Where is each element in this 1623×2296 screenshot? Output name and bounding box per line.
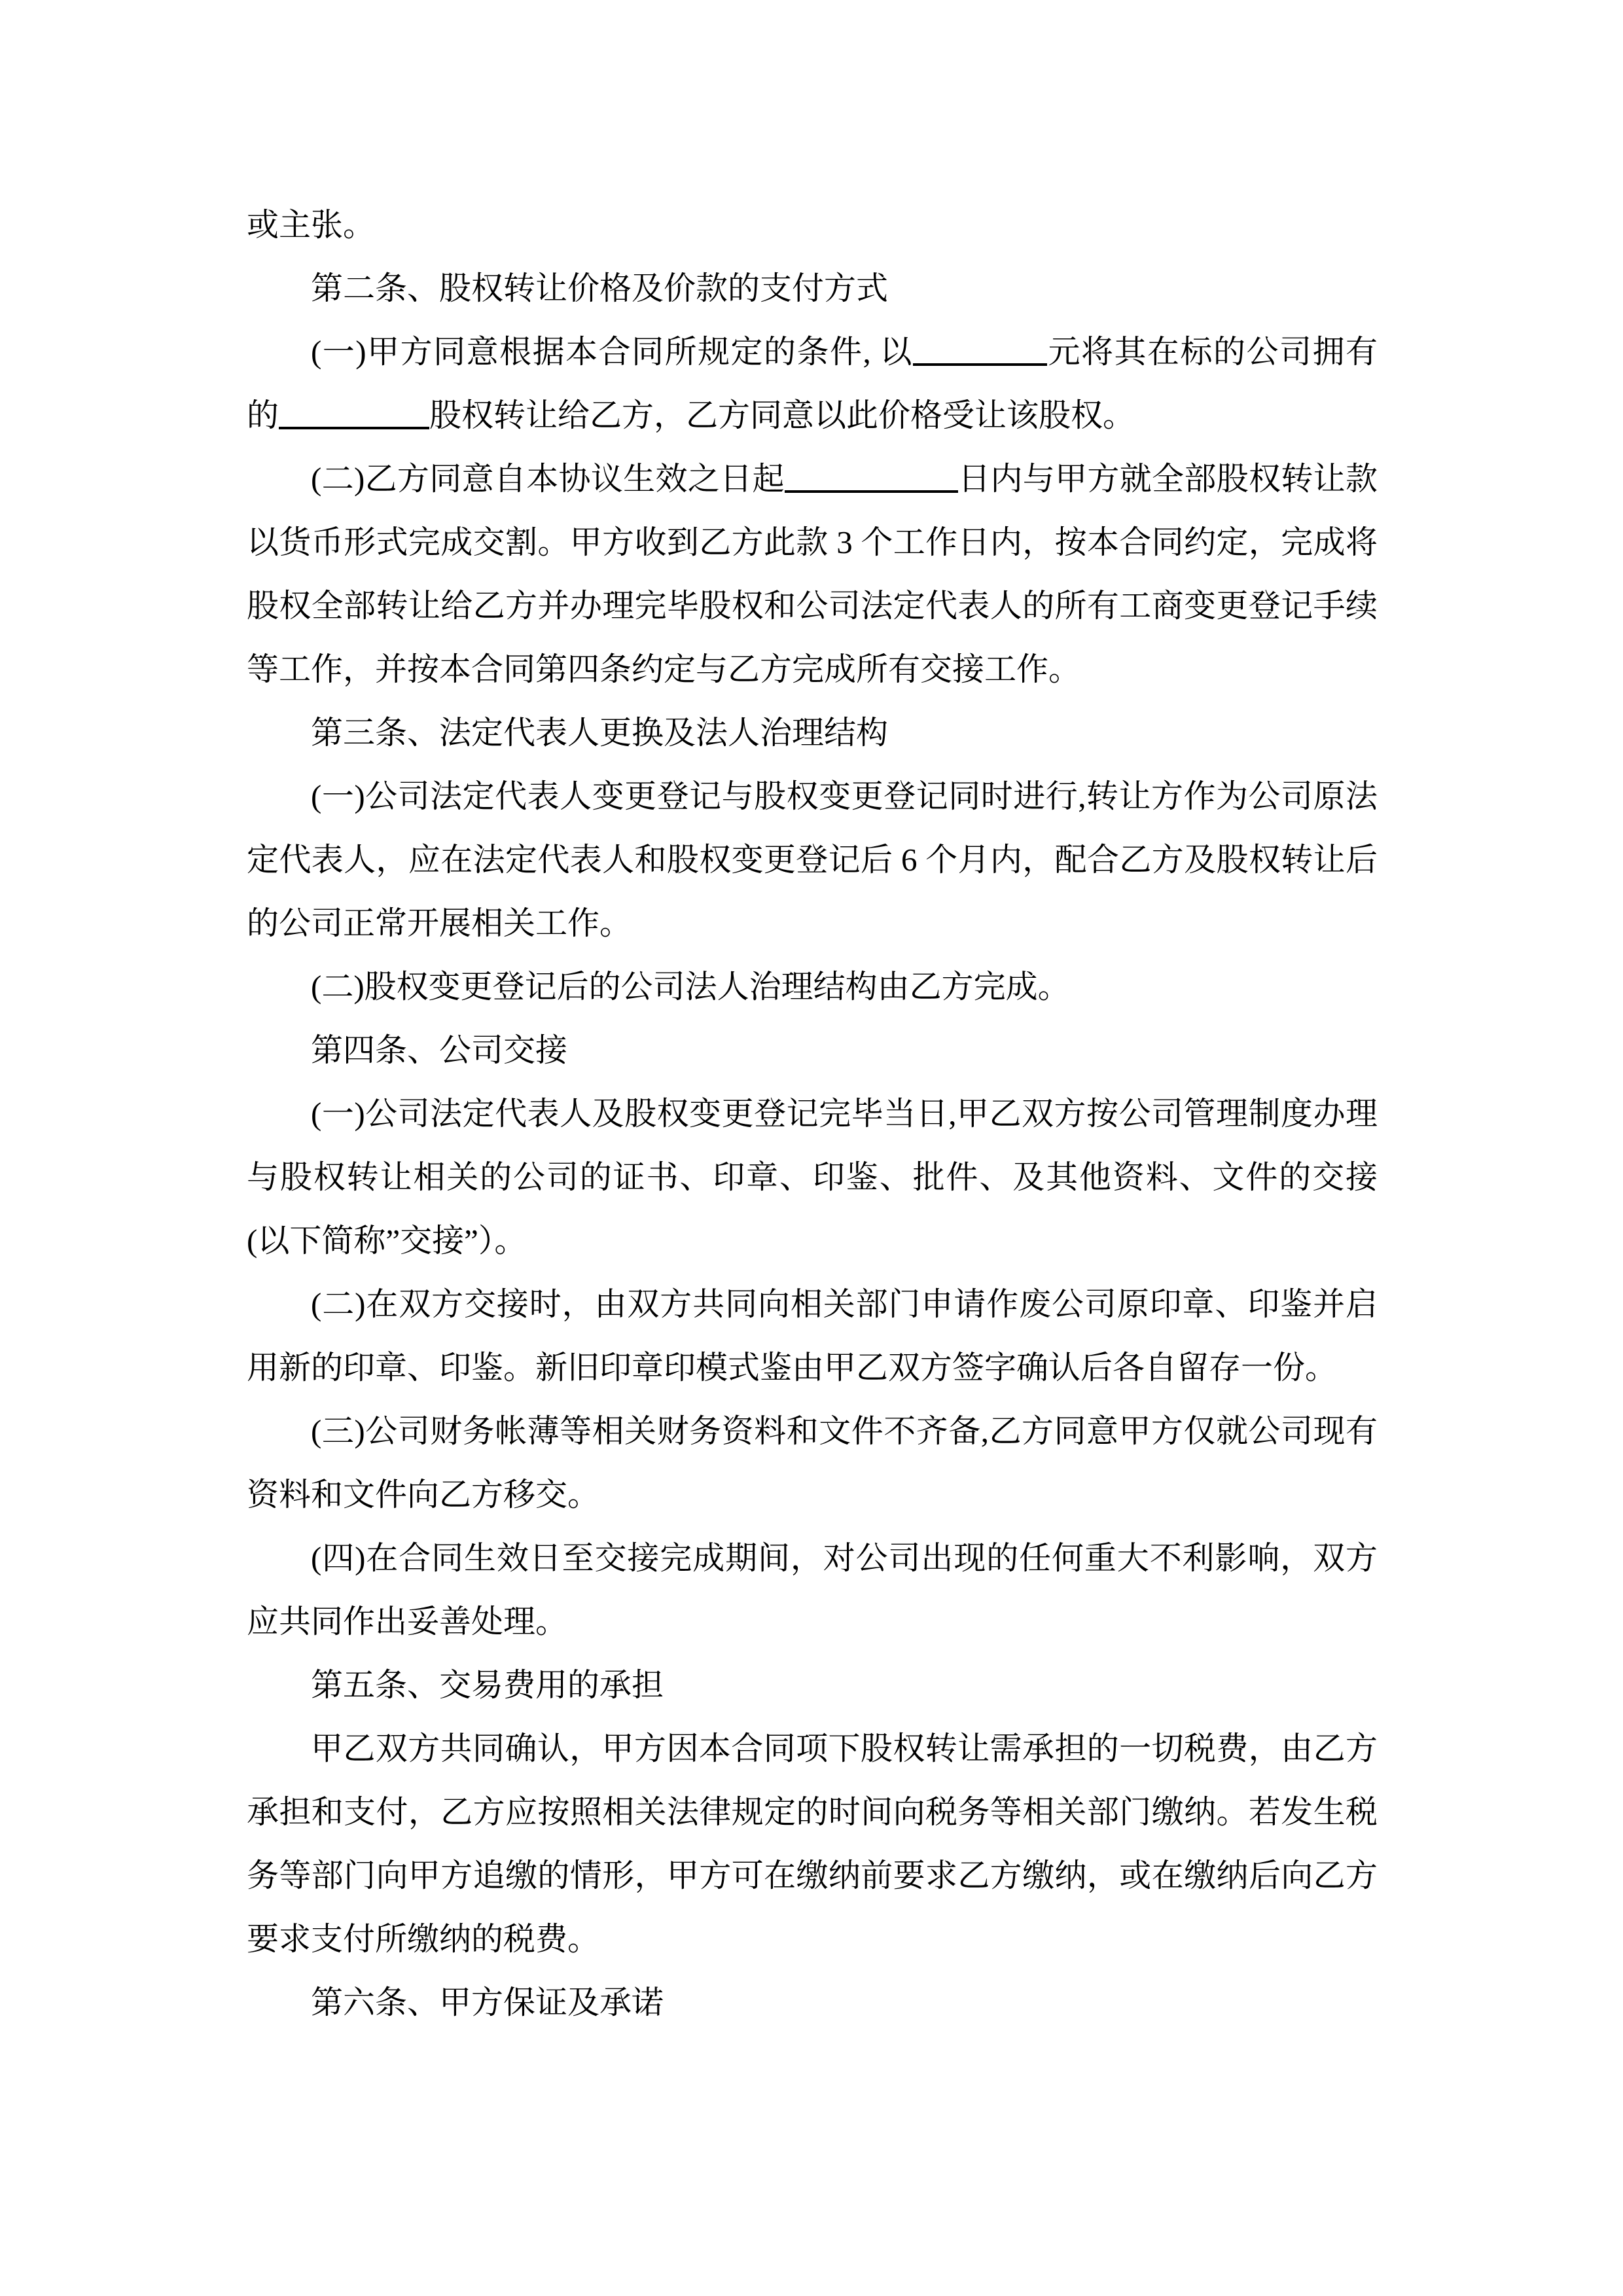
contract-page: 或主张。第二条、股权转让价格及价款的支付方式(一)甲方同意根据本合同所规定的条件… — [0, 0, 1623, 2296]
fill-in-blank — [785, 458, 958, 493]
paragraph: (三)公司财务帐薄等相关财务资料和文件不齐备,乙方同意甲方仅就公司现有资料和文件… — [247, 1399, 1378, 1526]
paragraph: (二)股权变更登记后的公司法人治理结构由乙方完成。 — [247, 955, 1378, 1018]
text-run: 第六条、甲方保证及承诺 — [311, 1984, 664, 2020]
text-run: (二)乙方同意自本协议生效之日起 — [311, 461, 785, 497]
text-run: (三)公司财务帐薄等相关财务资料和文件不齐备,乙方同意甲方仅就公司现有资料和文件… — [247, 1413, 1378, 1513]
text-run: 第二条、股权转让价格及价款的支付方式 — [311, 270, 888, 306]
paragraph: 甲乙双方共同确认，甲方因本合同项下股权转让需承担的一切税费，由乙方承担和支付，乙… — [247, 1717, 1378, 1971]
text-run: 股权转让给乙方，乙方同意以此价格受让该股权。 — [429, 397, 1135, 433]
text-run: 甲乙双方共同确认，甲方因本合同项下股权转让需承担的一切税费，由乙方承担和支付，乙… — [247, 1731, 1378, 1957]
section-heading: 第五条、交易费用的承担 — [247, 1653, 1378, 1717]
section-heading: 第六条、甲方保证及承诺 — [247, 1971, 1378, 2034]
text-run: (二)在双方交接时，由双方共同向相关部门申请作废公司原印章、印鉴并启用新的印章、… — [247, 1286, 1378, 1386]
text-run: 第五条、交易费用的承担 — [311, 1667, 664, 1703]
text-run: 第三条、法定代表人更换及法人治理结构 — [311, 715, 888, 751]
text-run: (一)公司法定代表人变更登记与股权变更登记同时进行,转让方作为公司原法定代表人，… — [247, 778, 1378, 941]
section-heading: 第三条、法定代表人更换及法人治理结构 — [247, 701, 1378, 764]
text-run: (二)股权变更登记后的公司法人治理结构由乙方完成。 — [311, 969, 1070, 1005]
paragraph: (一)公司法定代表人及股权变更登记完毕当日,甲乙双方按公司管理制度办理与股权转让… — [247, 1082, 1378, 1272]
paragraph: (二)乙方同意自本协议生效之日起日内与甲方就全部股权转让款以货币形式完成交割。甲… — [247, 447, 1378, 701]
paragraph: (二)在双方交接时，由双方共同向相关部门申请作废公司原印章、印鉴并启用新的印章、… — [247, 1272, 1378, 1399]
paragraph: (四)在合同生效日至交接完成期间，对公司出现的任何重大不利影响，双方应共同作出妥… — [247, 1526, 1378, 1653]
text-run: (一)甲方同意根据本合同所规定的条件, 以 — [311, 334, 913, 370]
contract-body: 或主张。第二条、股权转让价格及价款的支付方式(一)甲方同意根据本合同所规定的条件… — [247, 193, 1378, 2034]
text-run: 或主张。 — [247, 207, 375, 243]
section-heading: 第二条、股权转让价格及价款的支付方式 — [247, 257, 1378, 320]
paragraph: (一)甲方同意根据本合同所规定的条件, 以元将其在标的公司拥有的股权转让给乙方，… — [247, 320, 1378, 447]
text-run: 第四条、公司交接 — [311, 1032, 567, 1068]
paragraph: 或主张。 — [247, 193, 1378, 257]
fill-in-blank — [913, 331, 1047, 366]
paragraph: (一)公司法定代表人变更登记与股权变更登记同时进行,转让方作为公司原法定代表人，… — [247, 764, 1378, 955]
fill-in-blank — [279, 395, 429, 429]
text-run: (一)公司法定代表人及股权变更登记完毕当日,甲乙双方按公司管理制度办理与股权转让… — [247, 1096, 1378, 1259]
text-run: (四)在合同生效日至交接完成期间，对公司出现的任何重大不利影响，双方应共同作出妥… — [247, 1540, 1378, 1640]
section-heading: 第四条、公司交接 — [247, 1018, 1378, 1082]
